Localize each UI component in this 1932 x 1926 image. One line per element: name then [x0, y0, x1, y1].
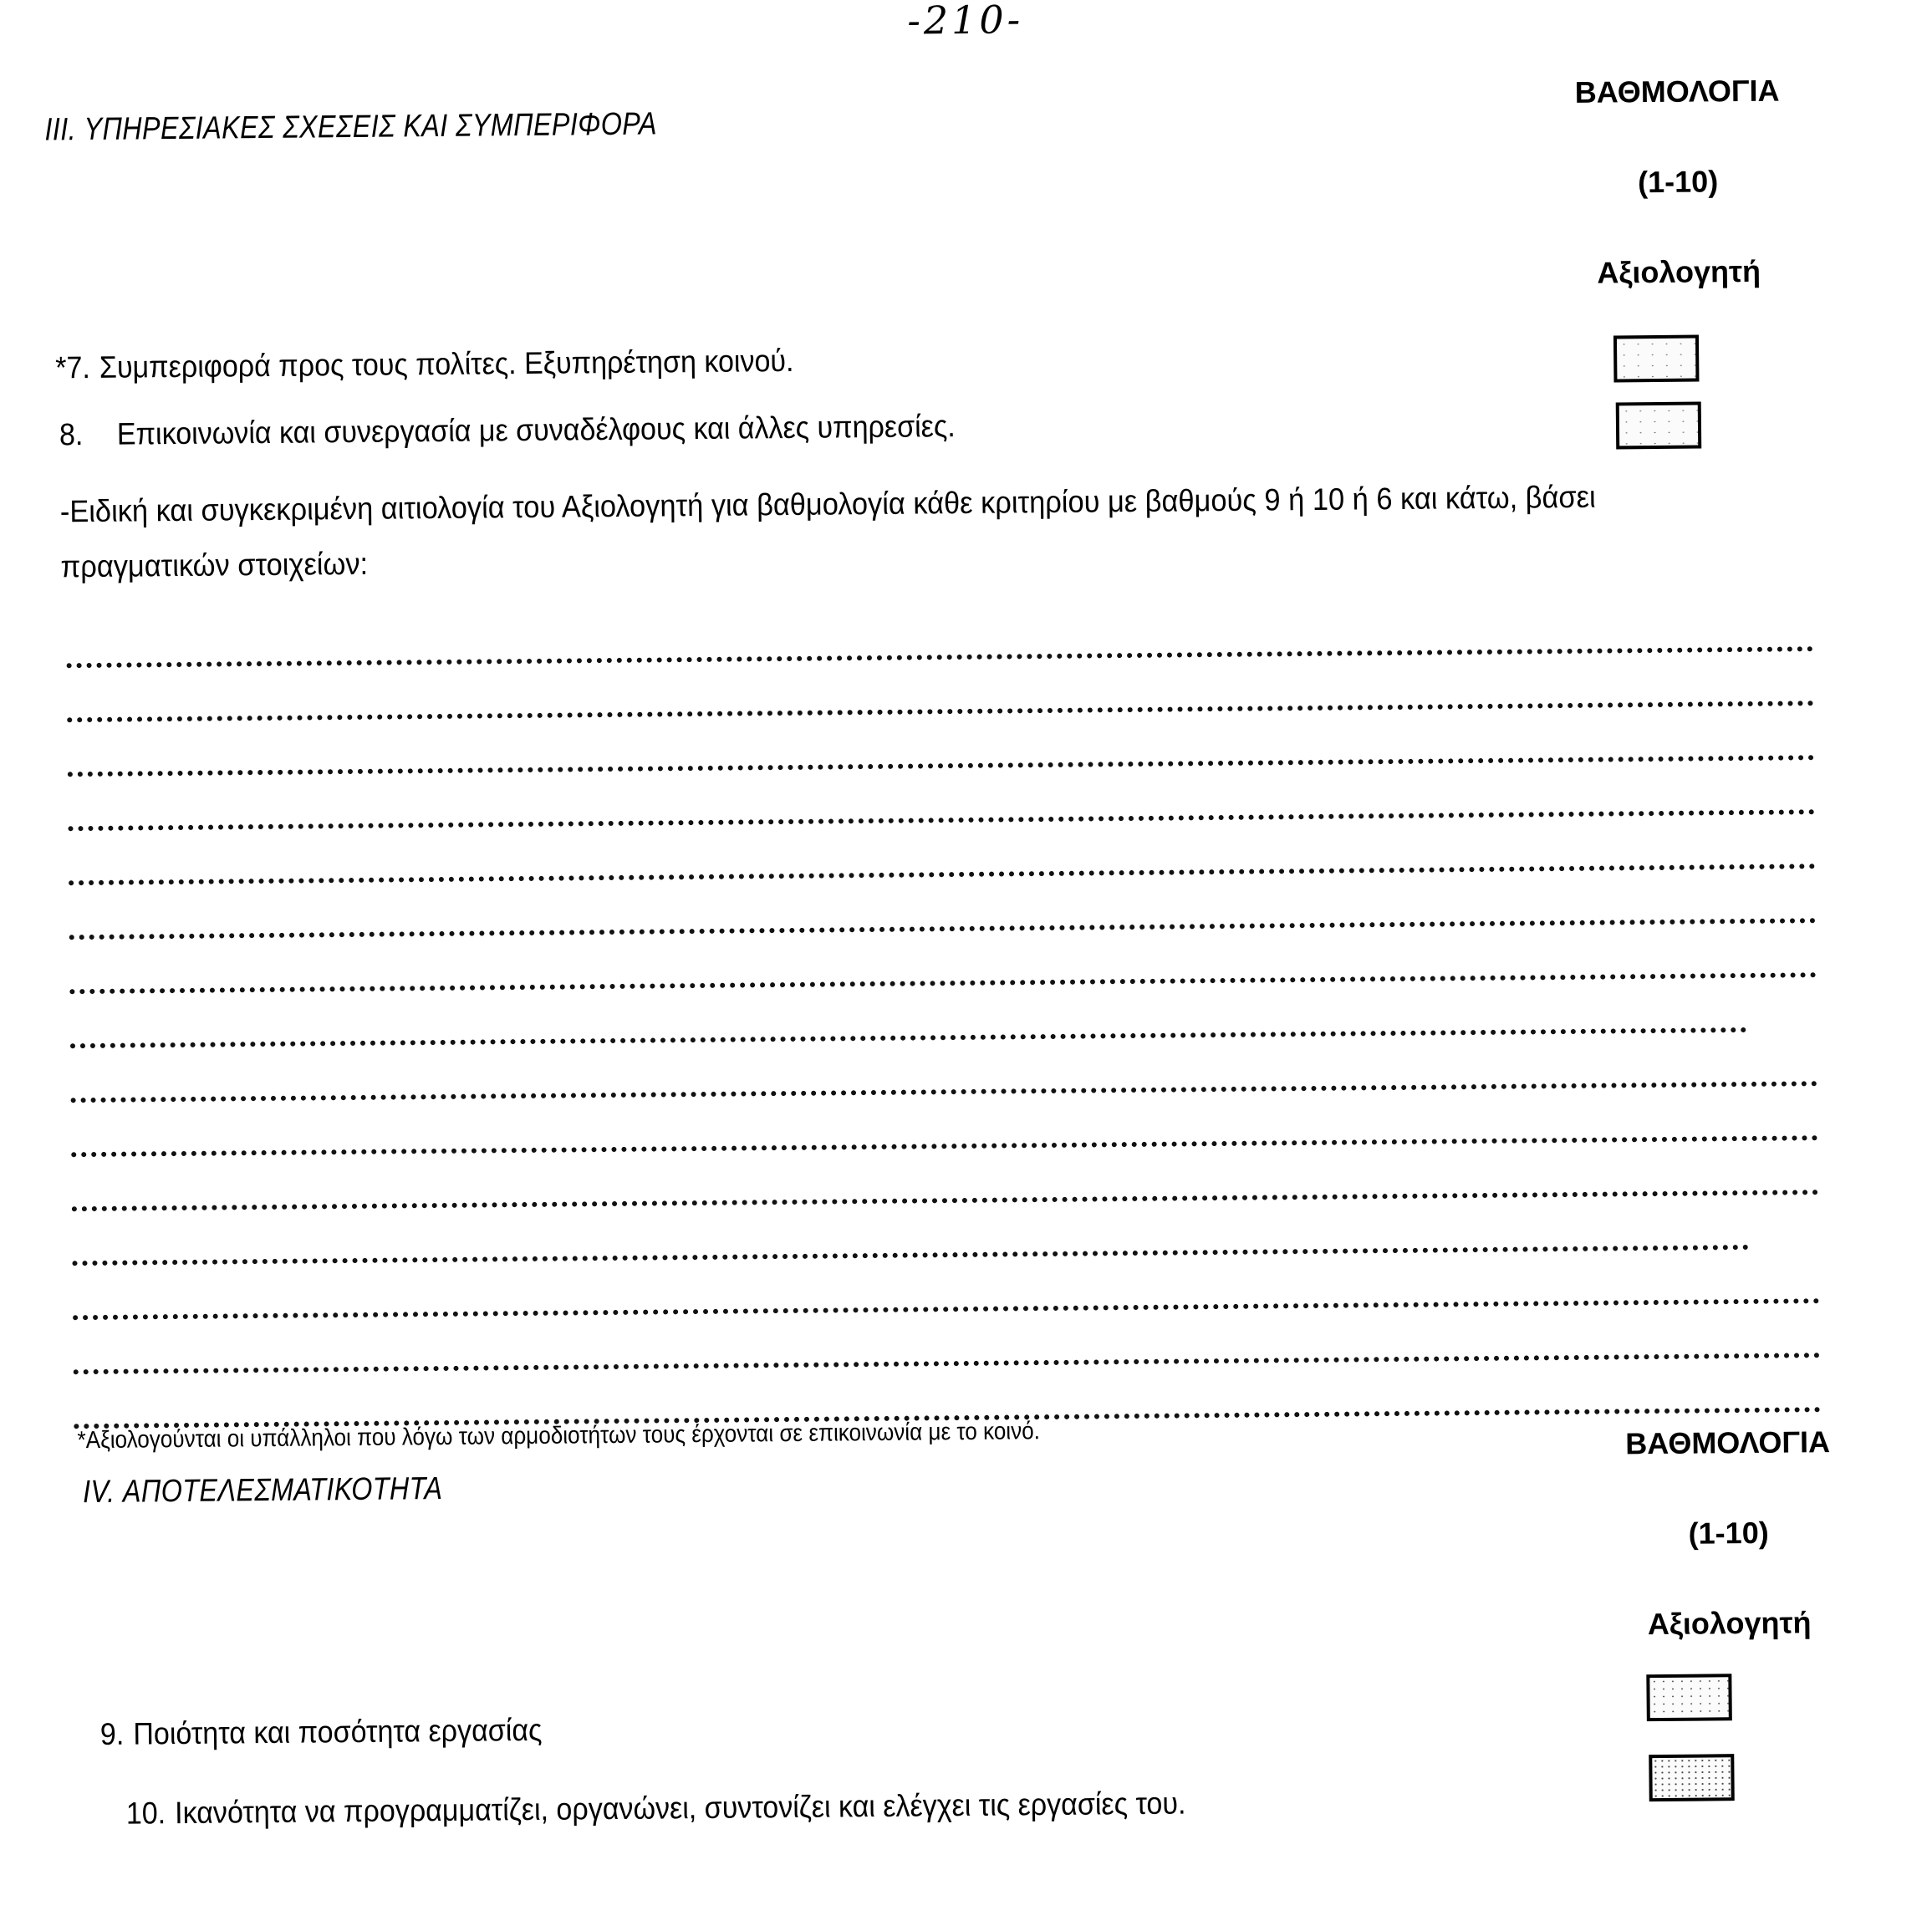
score-header-label: ΒΑΘΜΟΛΟΓΙΑ — [1589, 1424, 1866, 1517]
score-header-column: Αξιολογητή — [1592, 1605, 1868, 1643]
criterion-number: 9. — [100, 1717, 125, 1752]
criterion-text: Ποιότητα και ποσότητα εργασίας — [133, 1713, 542, 1751]
score-header-column: Αξιολογητή — [1541, 253, 1817, 291]
page-number: -210- — [907, 0, 1023, 43]
criterion-number: *7. — [55, 350, 90, 385]
criterion-number: 10. — [126, 1796, 166, 1831]
criterion-number: 8. — [59, 417, 84, 452]
criterion-9-score-box[interactable] — [1646, 1674, 1732, 1721]
criterion-10: 10.Ικανότητα να προγραμματίζει, οργανώνε… — [126, 1786, 1186, 1831]
section-iii-title: III. ΥΠΗΡΕΣΙΑΚΕΣ ΣΧΕΣΕΙΣ ΚΑΙ ΣΥΜΠΕΡΙΦΟΡΑ — [44, 106, 657, 148]
section-iii-score-header: ΒΑΘΜΟΛΟΓΙΑ (1-10) Αξιολογητή — [1539, 73, 1817, 291]
justification-lines[interactable] — [66, 597, 1821, 1429]
criterion-8: 8.Επικοινωνία και συνεργασία με συναδέλφ… — [59, 409, 956, 452]
criterion-7: *7.Συμπεριφορά προς τους πολίτες. Εξυπηρ… — [55, 344, 794, 385]
score-header-range: (1-10) — [1591, 1515, 1868, 1608]
score-header-range: (1-10) — [1540, 163, 1817, 256]
criterion-text: Επικοινωνία και συνεργασία με συναδέλφου… — [117, 409, 956, 451]
criterion-9: 9.Ποιότητα και ποσότητα εργασίας — [100, 1713, 543, 1752]
section-iv-title: IV. ΑΠΟΤΕΛΕΣΜΑΤΙΚΟΤΗΤΑ — [83, 1471, 443, 1511]
section-iv-score-header: ΒΑΘΜΟΛΟΓΙΑ (1-10) Αξιολογητή — [1589, 1424, 1867, 1643]
criterion-10-score-box[interactable] — [1649, 1754, 1735, 1801]
criterion-8-score-box[interactable] — [1616, 401, 1702, 449]
criterion-text: Συμπεριφορά προς τους πολίτες. Εξυπηρέτη… — [99, 344, 794, 385]
score-header-label: ΒΑΘΜΟΛΟΓΙΑ — [1539, 73, 1816, 166]
evaluation-form-page: -210- III. ΥΠΗΡΕΣΙΑΚΕΣ ΣΧΕΣΕΙΣ ΚΑΙ ΣΥΜΠΕ… — [0, 0, 1932, 1926]
justification-label: -Ειδική και συγκεκριμένη αιτιολογία του … — [60, 468, 1733, 594]
criterion-text: Ικανότητα να προγραμματίζει, οργανώνει, … — [175, 1786, 1186, 1830]
criterion-7-score-box[interactable] — [1613, 335, 1700, 383]
